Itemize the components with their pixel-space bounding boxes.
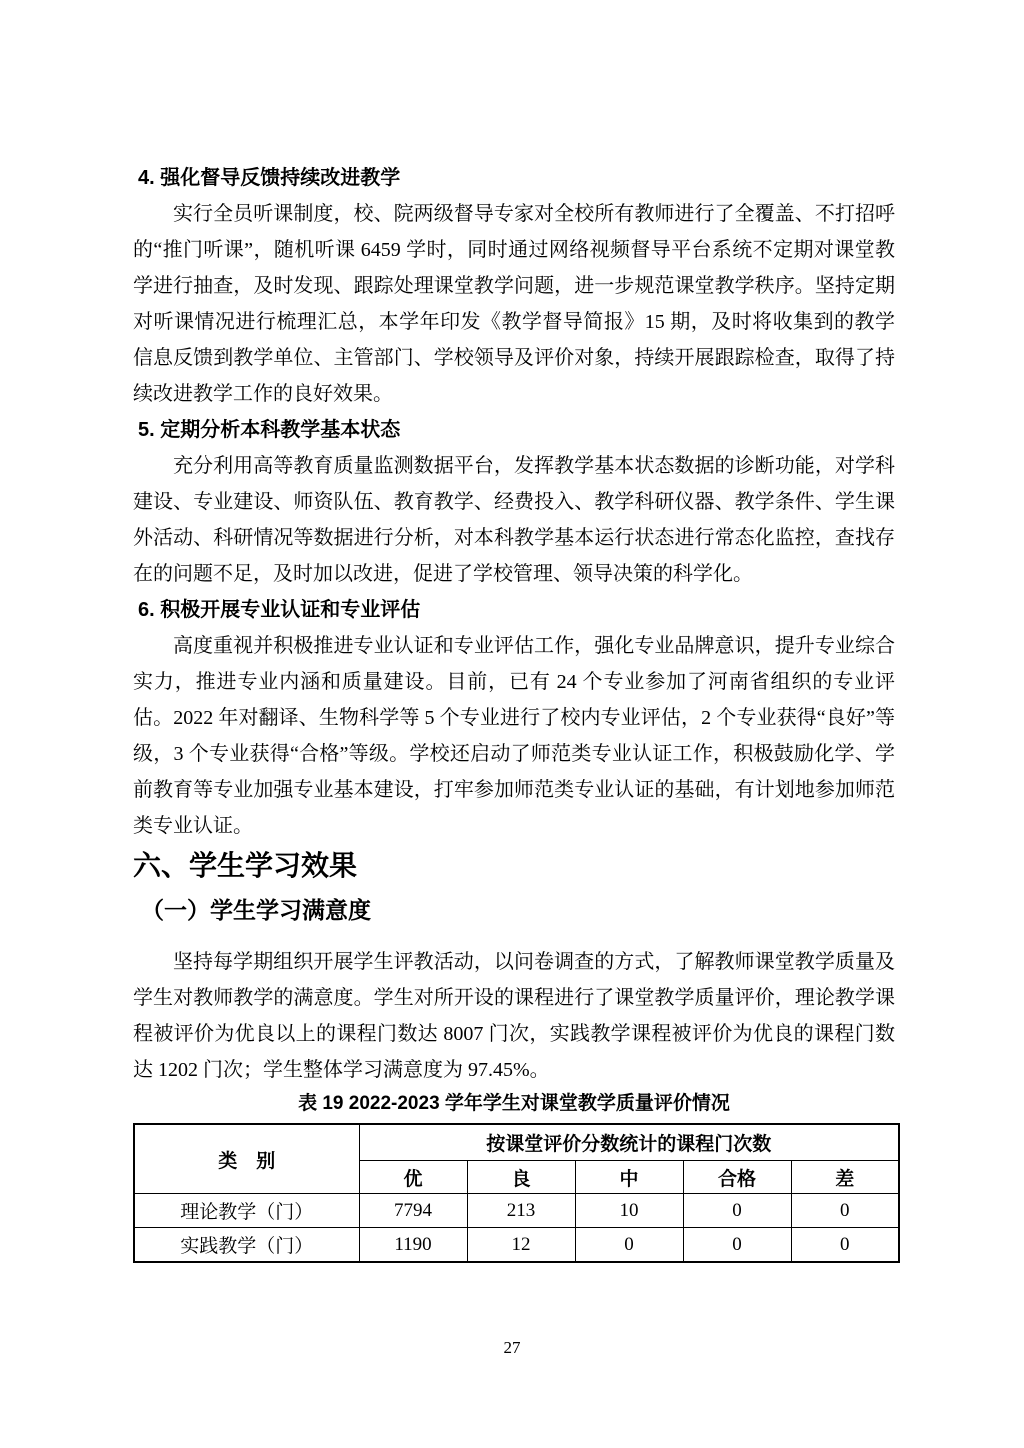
column-header-pass: 合格 [683,1161,791,1194]
column-header-poor: 差 [791,1161,899,1194]
heading-accreditation-evaluation: 6. 积极开展专业认证和专业评估 [133,592,895,628]
column-header-excellent: 优 [359,1161,467,1194]
cell-value: 1190 [359,1228,467,1263]
table-caption: 表 19 2022-2023 学年学生对课堂教学质量评价情况 [133,1090,895,1118]
cell-value: 0 [791,1194,899,1228]
column-header-category: 类 别 [134,1124,359,1194]
document-content: 4. 强化督导反馈持续改进教学 实行全员听课制度，校、院两级督导专家对全校所有教… [133,0,895,1263]
paragraph-basic-state-analysis: 充分利用高等教育质量监测数据平台，发挥教学基本状态数据的诊断功能，对学科建设、专… [133,448,895,592]
cell-value: 12 [467,1228,575,1263]
section-heading-student-satisfaction: （一）学生学习满意度 [133,888,895,932]
cell-value: 213 [467,1194,575,1228]
cell-value: 0 [683,1194,791,1228]
cell-value: 7794 [359,1194,467,1228]
document-page: 4. 强化督导反馈持续改进教学 实行全员听课制度，校、院两级督导专家对全校所有教… [0,0,1024,1448]
paragraph-student-satisfaction: 坚持每学期组织开展学生评教活动，以问卷调查的方式，了解教师课堂教学质量及学生对教… [133,944,895,1088]
heading-basic-state-analysis: 5. 定期分析本科教学基本状态 [133,412,895,448]
row-label: 实践教学（门） [134,1228,359,1263]
cell-value: 0 [683,1228,791,1263]
cell-value: 0 [575,1228,683,1263]
row-label: 理论教学（门） [134,1194,359,1228]
evaluation-table: 类 别 按课堂评价分数统计的课程门次数 优 良 中 合格 差 理论教学（门） 7… [133,1123,900,1263]
heading-supervision-feedback: 4. 强化督导反馈持续改进教学 [133,160,895,196]
cell-value: 0 [791,1228,899,1263]
paragraph-supervision-feedback: 实行全员听课制度，校、院两级督导专家对全校所有教师进行了全覆盖、不打招呼的“推门… [133,196,895,412]
table-header-row-group: 类 别 按课堂评价分数统计的课程门次数 [134,1124,899,1161]
column-header-good: 良 [467,1161,575,1194]
page-number: 27 [0,1338,1024,1358]
cell-value: 10 [575,1194,683,1228]
table-row-theory-teaching: 理论教学（门） 7794 213 10 0 0 [134,1194,899,1228]
table-row-practice-teaching: 实践教学（门） 1190 12 0 0 0 [134,1228,899,1263]
paragraph-accreditation-evaluation: 高度重视并积极推进专业认证和专业评估工作，强化专业品牌意识，提升专业综合实力，推… [133,628,895,844]
column-header-medium: 中 [575,1161,683,1194]
chapter-heading-learning-outcomes: 六、学生学习效果 [133,844,895,888]
column-header-score-group: 按课堂评价分数统计的课程门次数 [359,1124,899,1161]
